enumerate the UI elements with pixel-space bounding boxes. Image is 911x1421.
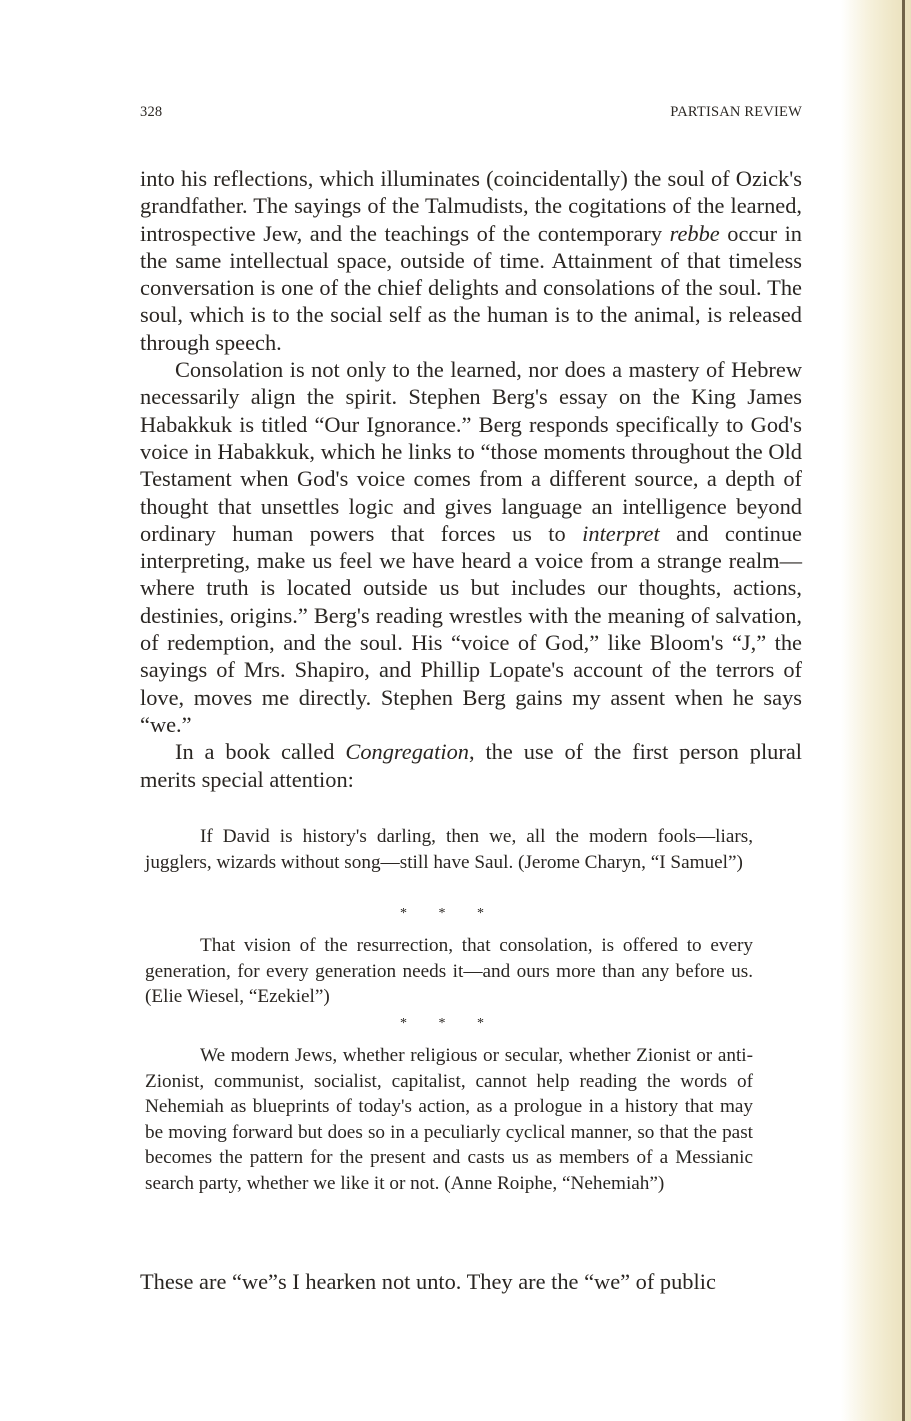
journal-title: PARTISAN REVIEW — [670, 104, 802, 121]
block-quote-1: If David is history's darling, then we, … — [145, 824, 753, 875]
italic-term: interpret — [582, 521, 660, 546]
body-text: into his reflections, which illuminates … — [140, 165, 802, 793]
book-title: Congregation — [345, 739, 469, 764]
paragraph-2: Consolation is not only to the learned, … — [140, 356, 802, 738]
paragraph-1: into his reflections, which illuminates … — [140, 165, 802, 356]
section-separator: * * * — [145, 1016, 753, 1032]
section-separator: * * * — [145, 906, 753, 922]
italic-term: rebbe — [670, 221, 720, 246]
page-number: 328 — [140, 104, 162, 121]
paragraph-3: In a book called Congregation, the use o… — [140, 738, 802, 793]
page-binding-shadow — [841, 0, 911, 1421]
block-quote-2: That vision of the resurrection, that co… — [145, 933, 753, 1010]
block-quote-3: We modern Jews, whether religious or sec… — [145, 1043, 753, 1196]
running-head: 328 PARTISAN REVIEW — [140, 104, 802, 121]
final-line: These are “we”s I hearken not unto. They… — [140, 1268, 802, 1295]
page-edge-line — [902, 0, 905, 1421]
